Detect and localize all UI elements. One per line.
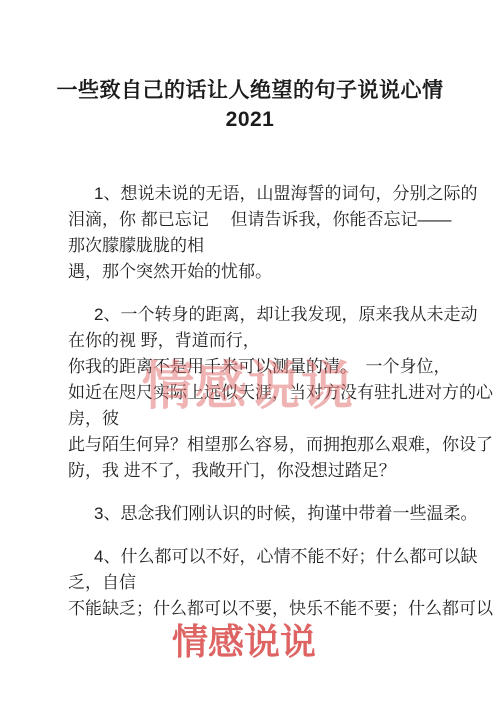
text-line: 遇，那个突然开始的忧郁。 — [68, 259, 496, 285]
text-line: 此与陌生何异？相望那么容易，而拥抱那么艰难，你设了 — [68, 432, 496, 458]
text-line: 如近在咫尺实际上远似天涯，当对方没有驻扎进对方的心 — [68, 380, 496, 406]
page-title-line2: 2021 — [0, 105, 500, 134]
text-line: 泪滴，你 都已忘记 但请告诉我，你能否忘记—— — [68, 207, 496, 233]
page-title-line1: 一些致自己的话让人绝望的句子说说心情 — [0, 76, 500, 105]
text-line: 房，彼 — [68, 406, 496, 432]
text-line: 你我的距离不是用千米可以测量的清。 一个身位， — [68, 354, 496, 380]
text-line: 2、一个转身的距离，却让我发现，原来我从未走动 — [68, 302, 496, 328]
paragraph: 4、什么都可以不好，心情不能不好；什么都可以缺乏，自信不能缺乏；什么都可以不要，… — [68, 544, 496, 622]
text-line: 4、什么都可以不好，心情不能不好；什么都可以缺 — [68, 544, 496, 570]
text-line: 不能缺乏；什么都可以不要，快乐不能不要；什么都可以 — [68, 596, 496, 622]
text-line: 3、思念我们刚认识的时候，拘谨中带着一些温柔。 — [68, 501, 496, 527]
text-line: 乏，自信 — [68, 570, 496, 596]
text-line: 防，我 进不了，我敞开门，你没想过踏足？ — [68, 458, 496, 484]
paragraph: 2、一个转身的距离，却让我发现，原来我从未走动在你的视 野，背道而行，你我的距离… — [68, 302, 496, 484]
text-line: 那次朦朦胧胧的相 — [68, 233, 496, 259]
document-page: 一些致自己的话让人绝望的句子说说心情 2021 1、想说未说的无语，山盟海誓的词… — [0, 0, 500, 708]
text-line: 在你的视 野，背道而行， — [68, 328, 496, 354]
text-line: 1、想说未说的无语，山盟海誓的词句，分别之际的 — [68, 181, 496, 207]
paragraph: 3、思念我们刚认识的时候，拘谨中带着一些温柔。 — [68, 501, 496, 527]
page-title: 一些致自己的话让人绝望的句子说说心情 2021 — [0, 76, 500, 134]
paragraph: 1、想说未说的无语，山盟海誓的词句，分别之际的泪滴，你 都已忘记 但请告诉我，你… — [68, 181, 496, 285]
body-text: 1、想说未说的无语，山盟海誓的词句，分别之际的泪滴，你 都已忘记 但请告诉我，你… — [68, 181, 496, 639]
